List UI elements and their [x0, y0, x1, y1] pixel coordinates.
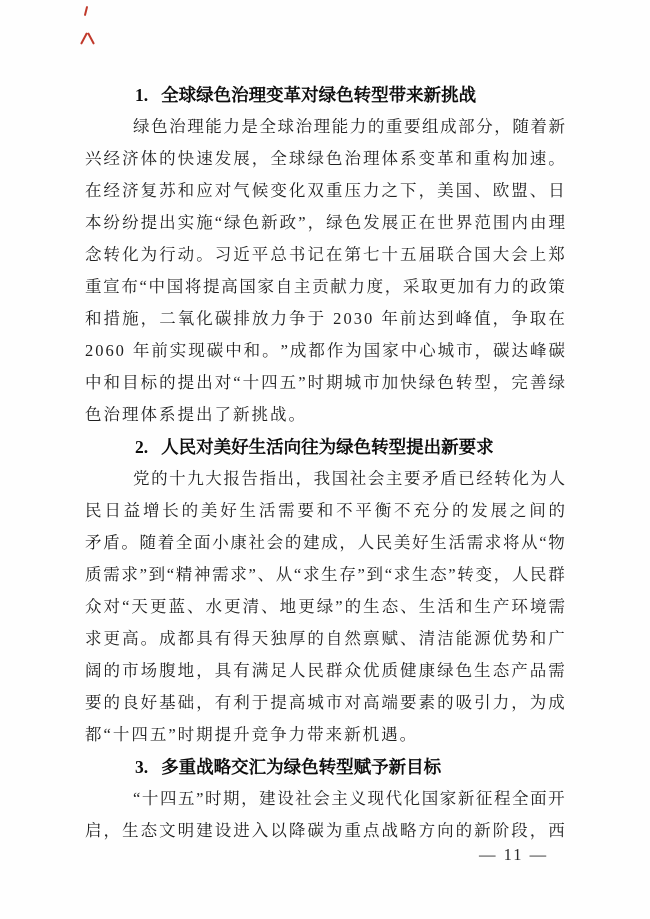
body-line: 质需求”到“精神需求”、从“求生存”到“求生态”转变，人民群	[85, 559, 565, 591]
body-line: 兴经济体的快速发展，全球绿色治理体系变革和重构加速。	[85, 143, 565, 175]
body-line: 本纷纷提出实施“绿色新政”，绿色发展正在世界范围内由理	[85, 207, 565, 239]
body-line: 重宣布“中国将提高国家自主贡献力度，采取更加有力的政策	[85, 271, 565, 303]
heading-number: 1.	[135, 79, 148, 111]
body-line: 和措施，二氧化碳排放力争于 2030 年前达到峰值，争取在	[85, 303, 565, 335]
page-content: 1. 全球绿色治理变革对绿色转型带来新挑战 绿色治理能力是全球治理能力的重要组成…	[85, 79, 565, 847]
body-line: 都“十四五”时期提升竞争力带来新机遇。	[85, 719, 565, 751]
heading-number: 3.	[135, 751, 148, 783]
body-line: 阔的市场腹地，具有满足人民群众优质健康绿色生态产品需	[85, 655, 565, 687]
heading-title: 多重战略交汇为绿色转型赋予新目标	[161, 751, 441, 783]
section-2-heading: 2. 人民对美好生活向往为绿色转型提出新要求	[85, 431, 565, 463]
body-line: 要的良好基础，有利于提高城市对高端要素的吸引力，为成	[85, 687, 565, 719]
body-line: 2060 年前实现碳中和。”成都作为国家中心城市，碳达峰碳	[85, 335, 565, 367]
page-number: — 11 —	[479, 845, 548, 865]
body-line: “十四五”时期，建设社会主义现代化国家新征程全面开	[85, 783, 565, 815]
red-mark-stroke	[87, 32, 95, 44]
body-line: 党的十九大报告指出，我国社会主要矛盾已经转化为人	[85, 463, 565, 495]
body-line: 启，生态文明建设进入以降碳为重点战略方向的新阶段，西	[85, 815, 565, 847]
section-1-heading: 1. 全球绿色治理变革对绿色转型带来新挑战	[85, 79, 565, 111]
body-line: 众对“天更蓝、水更清、地更绿”的生态、生活和生产环境需	[85, 591, 565, 623]
document-page: 1. 全球绿色治理变革对绿色转型带来新挑战 绿色治理能力是全球治理能力的重要组成…	[0, 0, 650, 919]
section-3-heading: 3. 多重战略交汇为绿色转型赋予新目标	[85, 751, 565, 783]
heading-title: 全球绿色治理变革对绿色转型带来新挑战	[161, 79, 476, 111]
heading-title: 人民对美好生活向往为绿色转型提出新要求	[161, 431, 494, 463]
body-line: 在经济复苏和应对气候变化双重压力之下，美国、欧盟、日	[85, 175, 565, 207]
body-line: 念转化为行动。习近平总书记在第七十五届联合国大会上郑	[85, 239, 565, 271]
body-line: 中和目标的提出对“十四五”时期城市加快绿色转型，完善绿	[85, 367, 565, 399]
red-mark-stroke	[84, 6, 88, 16]
red-mark-icon	[82, 5, 102, 49]
heading-number: 2.	[135, 431, 148, 463]
body-line: 求更高。成都具有得天独厚的自然禀赋、清洁能源优势和广	[85, 623, 565, 655]
body-line: 矛盾。随着全面小康社会的建成，人民美好生活需求将从“物	[85, 527, 565, 559]
body-line: 色治理体系提出了新挑战。	[85, 399, 565, 431]
body-line: 绿色治理能力是全球治理能力的重要组成部分，随着新	[85, 111, 565, 143]
body-line: 民日益增长的美好生活需要和不平衡不充分的发展之间的	[85, 495, 565, 527]
